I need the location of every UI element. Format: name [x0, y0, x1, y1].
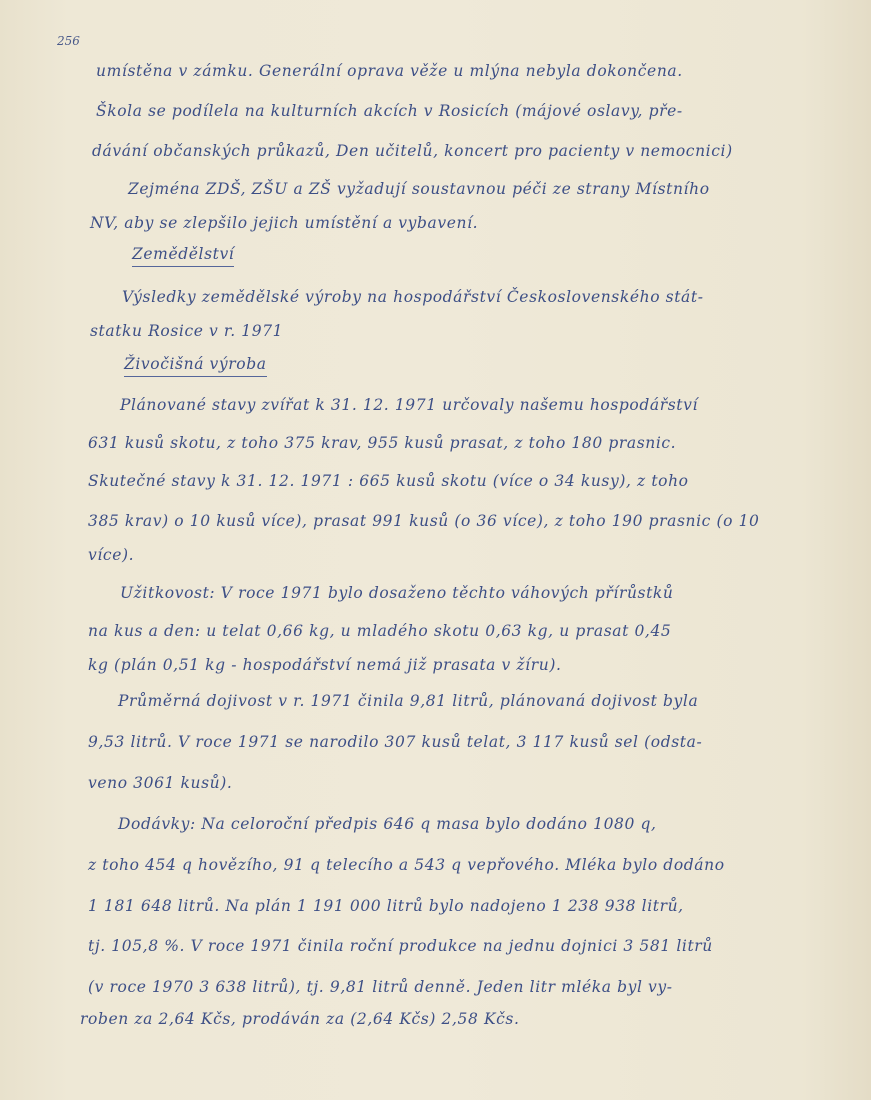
section-heading-agriculture: Zemědělství	[132, 245, 234, 267]
text-line: tj. 105,8 %. V roce 1971 činila roční pr…	[88, 937, 713, 955]
page-number: 256	[57, 34, 80, 48]
text-line: Zejména ZDŠ, ZŠU a ZŠ vyžadují soustavno…	[128, 180, 710, 198]
text-line: (v roce 1970 3 638 litrů), tj. 9,81 litr…	[88, 978, 673, 996]
text-line: Plánované stavy zvířat k 31. 12. 1971 ur…	[120, 396, 698, 414]
text-line: Dodávky: Na celoroční předpis 646 q masa…	[118, 815, 657, 833]
section-heading-livestock: Živočišná výroba	[124, 355, 267, 377]
text-line: z toho 454 q hovězího, 91 q telecího a 5…	[88, 856, 725, 874]
text-line: statku Rosice v r. 1971	[90, 322, 283, 340]
text-line: roben za 2,64 Kčs, prodáván za (2,64 Kčs…	[80, 1010, 520, 1028]
text-line: Průměrná dojivost v r. 1971 činila 9,81 …	[118, 692, 698, 710]
text-line: veno 3061 kusů).	[88, 774, 232, 792]
manuscript-page: 256 umístěna v zámku. Generální oprava v…	[0, 0, 871, 1100]
text-line: NV, aby se zlepšilo jejich umístění a vy…	[90, 214, 478, 232]
text-line: Výsledky zemědělské výroby na hospodářst…	[122, 288, 704, 306]
text-line: Užitkovost: V roce 1971 bylo dosaženo tě…	[120, 584, 674, 602]
text-line: dávání občanských průkazů, Den učitelů, …	[92, 142, 733, 160]
text-line: kg (plán 0,51 kg - hospodářství nemá již…	[88, 656, 562, 674]
text-line: 631 kusů skotu, z toho 375 krav, 955 kus…	[88, 434, 676, 452]
text-line: Skutečné stavy k 31. 12. 1971 : 665 kusů…	[88, 472, 689, 490]
text-line: na kus a den: u telat 0,66 kg, u mladého…	[88, 622, 671, 640]
text-line: Škola se podílela na kulturních akcích v…	[96, 102, 683, 120]
text-line: umístěna v zámku. Generální oprava věže …	[96, 62, 683, 80]
text-line: 1 181 648 litrů. Na plán 1 191 000 litrů…	[88, 897, 684, 915]
text-line: více).	[88, 546, 134, 564]
text-line: 385 krav) o 10 kusů více), prasat 991 ku…	[88, 512, 760, 530]
text-line: 9,53 litrů. V roce 1971 se narodilo 307 …	[88, 733, 702, 751]
